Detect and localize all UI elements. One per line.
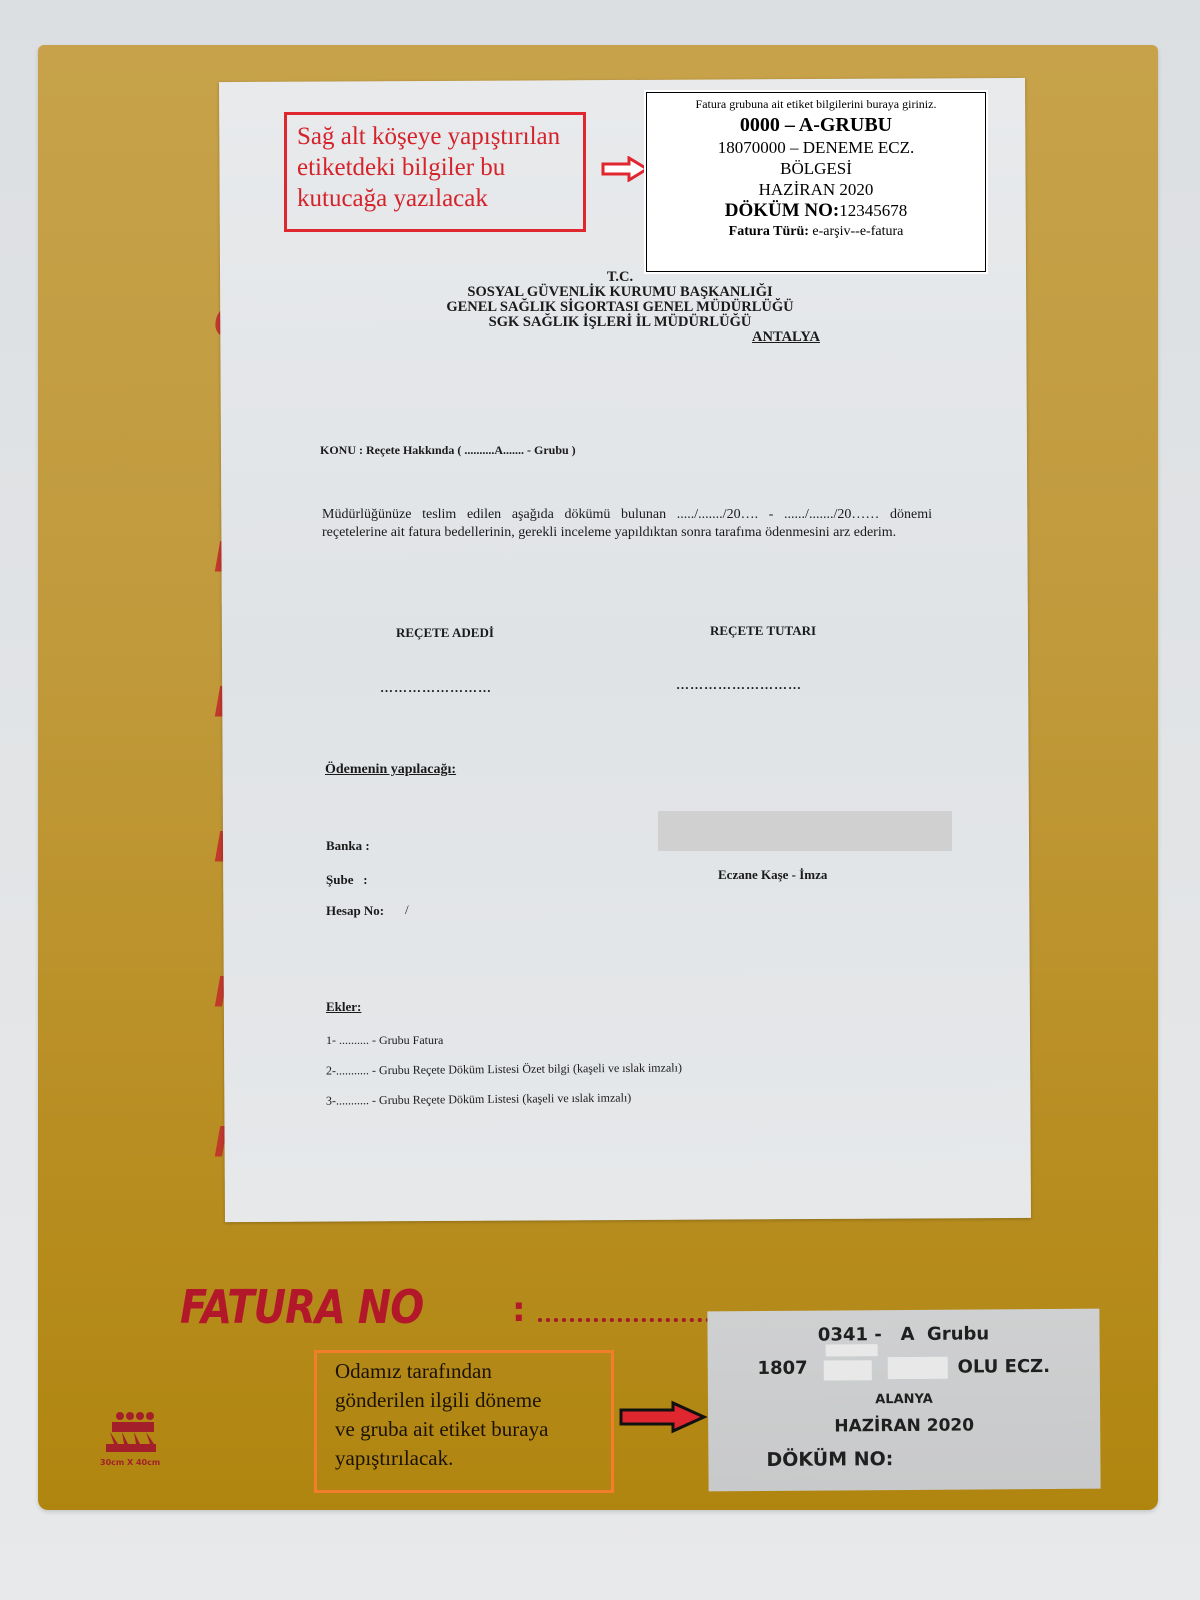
group-sticker: 0341 - A Grubu 1807OLU ECZ. ALANYA HAZİR… — [707, 1309, 1100, 1492]
account-label: Hesap No: — [326, 903, 384, 919]
invoice-number-colon: : — [512, 1290, 526, 1330]
sticker-period: HAZİRAN 2020 — [708, 1415, 1100, 1438]
label-group: 0000 – A-GRUBU — [647, 114, 985, 137]
label-region: BÖLGESİ — [647, 158, 985, 179]
right-arrow-icon — [601, 156, 649, 182]
top-annotation-line: etiketdeki bilgiler bu — [297, 152, 573, 183]
prescription-amount-label: REÇETE TUTARI — [710, 623, 816, 639]
redacted-pharmacy-id — [824, 1360, 872, 1380]
attachment-item: 1- .......... - Grubu Fatura — [326, 1033, 443, 1048]
bottom-annotation-line: Odamız tarafından — [335, 1357, 593, 1386]
right-arrow-icon — [618, 1400, 708, 1434]
letter-city: ANTALYA — [420, 330, 820, 345]
redacted-code — [826, 1344, 878, 1356]
redacted-area — [658, 811, 952, 851]
attachment-item: 2-........... - Grubu Reçete Döküm Liste… — [326, 1060, 682, 1078]
label-instruction: Fatura grubuna ait etiket bilgilerini bu… — [647, 97, 985, 112]
bottom-annotation-line: ve gruba ait etiket buraya — [335, 1415, 593, 1444]
sticker-district: ALANYA — [708, 1391, 1100, 1409]
label-period: HAZİRAN 2020 — [647, 179, 985, 200]
payment-heading: Ödemenin yapılacağı: — [325, 762, 456, 778]
label-pharmacy: 18070000 – DENEME ECZ. — [647, 137, 985, 158]
label-info-box: Fatura grubuna ait etiket bilgilerini bu… — [646, 92, 986, 272]
sticker-dokum-no: DÖKÜM NO: — [766, 1448, 893, 1471]
stamp-signature-label: Eczane Kaşe - İmza — [718, 867, 827, 883]
letter-body: Müdürlüğünüze teslim edilen aşağıda dökü… — [322, 506, 932, 542]
bottom-annotation: Odamız tarafından gönderilen ilgili döne… — [314, 1350, 614, 1493]
bottom-annotation-line: yapıştırılacak. — [335, 1444, 593, 1473]
prescription-count-field[interactable]: …………………… — [380, 680, 492, 696]
bank-label: Banka : — [326, 838, 370, 854]
letter-header: T.C. SOSYAL GÜVENLİK KURUMU BAŞKANLIĞI G… — [420, 270, 820, 345]
label-invoice-type: Fatura Türü: e-arşiv--e-fatura — [647, 224, 985, 240]
label-dokum-no: DÖKÜM NO:12345678 — [647, 200, 985, 222]
attachment-item: 3-........... - Grubu Reçete Döküm Liste… — [326, 1090, 631, 1108]
top-annotation-line: Sağ alt köşeye yapıştırılan — [297, 121, 573, 152]
account-value: / — [405, 902, 409, 918]
invoice-number-label: FATURA NO — [180, 1282, 423, 1335]
top-annotation: Sağ alt köşeye yapıştırılan etiketdeki b… — [284, 112, 586, 232]
branch-label: Şube : — [326, 872, 368, 888]
sticker-group: 0341 - A Grubu — [707, 1323, 1099, 1347]
redacted-pharmacy-name — [888, 1357, 948, 1379]
envelope-size: 30cm X 40cm — [100, 1458, 160, 1467]
letter-subject: KONU : Reçete Hakkında ( ..........A....… — [320, 443, 576, 458]
runners-logo-icon — [100, 1410, 160, 1454]
label-dokum-value: 12345678 — [839, 201, 907, 220]
attachments-heading: Ekler: — [326, 999, 361, 1015]
bottom-annotation-line: gönderilen ilgili döneme — [335, 1386, 593, 1415]
prescription-count-label: REÇETE ADEDİ — [396, 625, 494, 641]
prescription-amount-field[interactable]: ……………………… — [676, 677, 802, 693]
brand-logo: 30cm X 40cm — [100, 1410, 160, 1467]
top-annotation-line: kutucağa yazılacak — [297, 183, 573, 214]
